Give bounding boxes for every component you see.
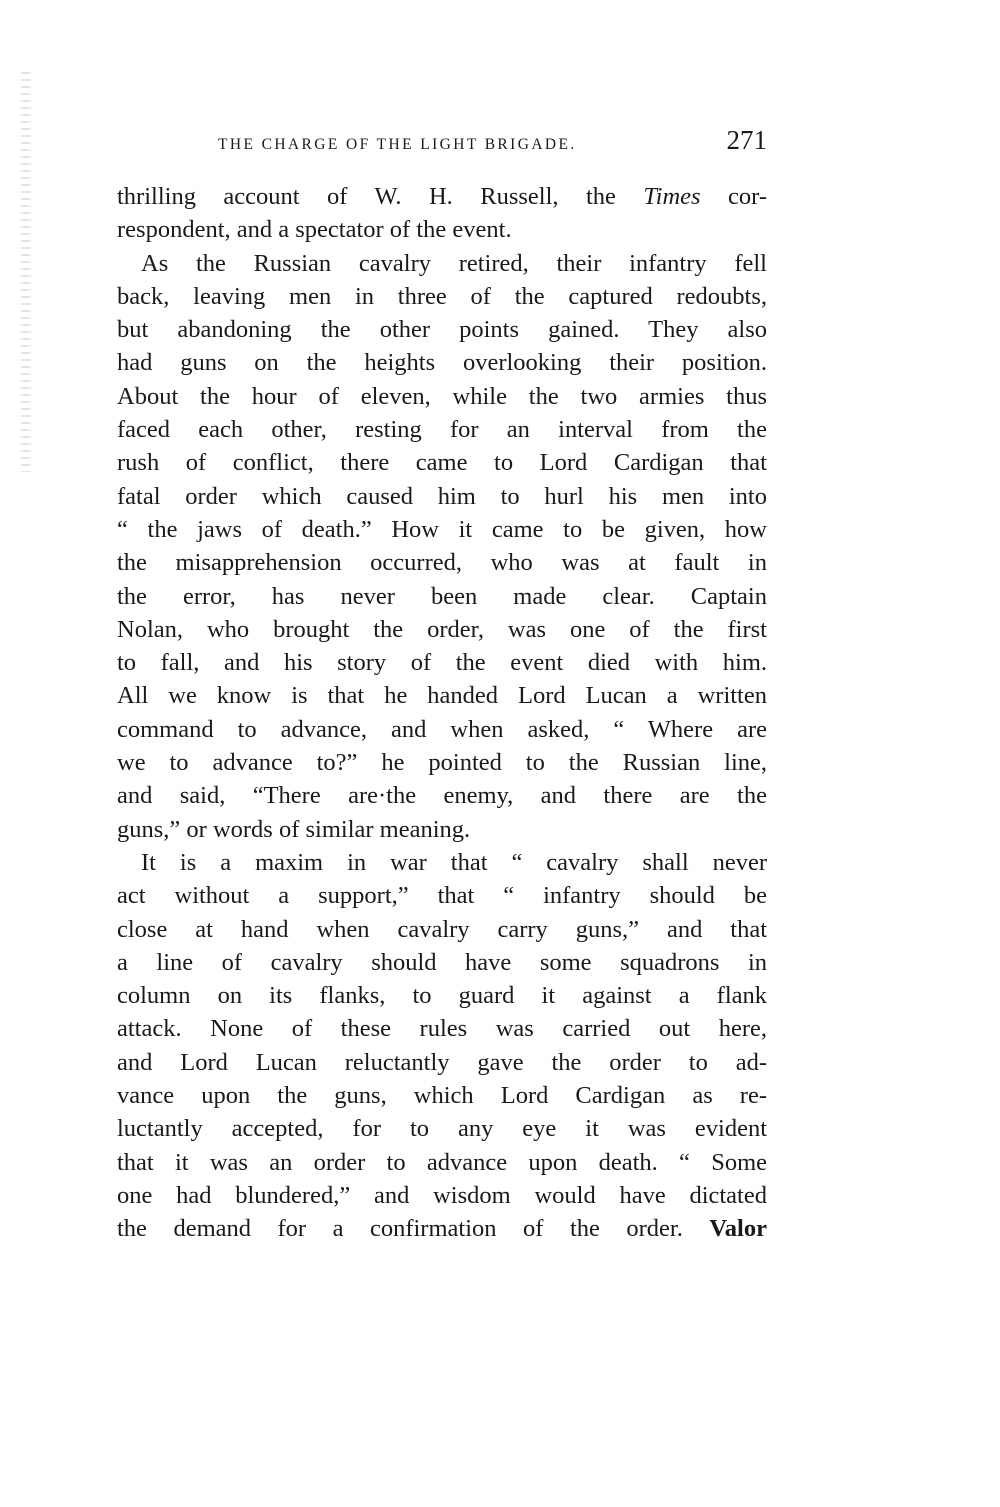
text-segment: we to advance to?” he pointed to the Rus… — [117, 749, 767, 776]
text-line: “ the jaws of death.” How it came to be … — [117, 513, 767, 546]
italic-text: Times — [643, 183, 700, 210]
text-line: back, leaving men in three of the captur… — [117, 280, 767, 313]
text-segment: Nolan, who brought the order, was one of… — [117, 616, 767, 643]
text-segment: attack. None of these rules was carried … — [117, 1015, 767, 1042]
text-segment: close at hand when cavalry carry guns,” … — [117, 916, 767, 943]
text-line: the demand for a confirmation of the ord… — [117, 1212, 767, 1245]
bold-text: Valor — [709, 1215, 767, 1242]
text-line: attack. None of these rules was carried … — [117, 1012, 767, 1045]
text-line: Nolan, who brought the order, was one of… — [117, 613, 767, 646]
text-segment: a line of cavalry should have some squad… — [117, 949, 767, 976]
paragraph: As the Russian cavalry retired, their in… — [117, 247, 767, 846]
text-line: guns,” or words of similar meaning. — [117, 813, 767, 846]
text-segment: and Lord Lucan reluctantly gave the orde… — [117, 1049, 767, 1076]
text-line: rush of conflict, there came to Lord Car… — [117, 446, 767, 479]
text-segment: About the hour of eleven, while the two … — [117, 383, 767, 410]
text-segment: rush of conflict, there came to Lord Car… — [117, 449, 767, 476]
text-segment: As the Russian cavalry retired, their in… — [141, 250, 767, 277]
text-segment: respondent, and a spectator of the event… — [117, 216, 512, 243]
text-segment: that it was an order to advance upon dea… — [117, 1149, 767, 1176]
text-line: the error, has never been made clear. Ca… — [117, 580, 767, 613]
text-segment: had guns on the heights overlooking thei… — [117, 349, 767, 376]
text-line: we to advance to?” he pointed to the Rus… — [117, 746, 767, 779]
text-line: a line of cavalry should have some squad… — [117, 946, 767, 979]
text-line: and Lord Lucan reluctantly gave the orde… — [117, 1046, 767, 1079]
text-line: that it was an order to advance upon dea… — [117, 1146, 767, 1179]
text-segment: It is a maxim in war that “ cavalry shal… — [141, 849, 767, 876]
text-segment: one had blundered,” and wisdom would hav… — [117, 1182, 767, 1209]
paragraph: thrilling account of W. H. Russell, the … — [117, 180, 767, 247]
text-segment: luctantly accepted, for to any eye it wa… — [117, 1115, 767, 1142]
running-head-title: THE CHARGE OF THE LIGHT BRIGADE. — [218, 136, 577, 154]
text-segment: the error, has never been made clear. Ca… — [117, 583, 767, 610]
text-segment: cor- — [701, 183, 767, 210]
text-line: respondent, and a spectator of the event… — [117, 213, 767, 246]
text-line: and said, “There are·the enemy, and ther… — [117, 779, 767, 812]
running-head: THE CHARGE OF THE LIGHT BRIGADE. 271 — [117, 128, 767, 162]
text-segment: act without a support,” that “ infantry … — [117, 882, 767, 909]
text-line: act without a support,” that “ infantry … — [117, 879, 767, 912]
text-segment: the demand for a confirmation of the ord… — [117, 1215, 709, 1242]
text-line: faced each other, resting for an interva… — [117, 413, 767, 446]
text-segment: but abandoning the other points gained. … — [117, 316, 767, 343]
text-segment: vance upon the guns, which Lord Cardigan… — [117, 1082, 767, 1109]
text-segment: to fall, and his story of the event died… — [117, 649, 767, 676]
text-line: to fall, and his story of the event died… — [117, 646, 767, 679]
page-number: 271 — [727, 125, 768, 156]
text-segment: All we know is that he handed Lord Lucan… — [117, 682, 767, 709]
text-line: All we know is that he handed Lord Lucan… — [117, 679, 767, 712]
body-text: thrilling account of W. H. Russell, the … — [117, 180, 767, 1246]
text-segment: thrilling account of W. H. Russell, the — [117, 183, 643, 210]
text-segment: guns,” or words of similar meaning. — [117, 816, 470, 843]
scan-binding-edge — [19, 72, 33, 472]
text-line: About the hour of eleven, while the two … — [117, 380, 767, 413]
text-line: column on its flanks, to guard it agains… — [117, 979, 767, 1012]
text-line: command to advance, and when asked, “ Wh… — [117, 713, 767, 746]
text-segment: the misapprehension occurred, who was at… — [117, 549, 767, 576]
text-segment: column on its flanks, to guard it agains… — [117, 982, 767, 1009]
text-line: thrilling account of W. H. Russell, the … — [117, 180, 767, 213]
text-line: As the Russian cavalry retired, their in… — [117, 247, 767, 280]
text-segment: command to advance, and when asked, “ Wh… — [117, 716, 767, 743]
text-segment: faced each other, resting for an interva… — [117, 416, 767, 443]
text-line: fatal order which caused him to hurl his… — [117, 480, 767, 513]
text-line: It is a maxim in war that “ cavalry shal… — [117, 846, 767, 879]
text-segment: back, leaving men in three of the captur… — [117, 283, 767, 310]
text-line: one had blundered,” and wisdom would hav… — [117, 1179, 767, 1212]
text-segment: “ the jaws of death.” How it came to be … — [117, 516, 767, 543]
text-line: but abandoning the other points gained. … — [117, 313, 767, 346]
text-line: vance upon the guns, which Lord Cardigan… — [117, 1079, 767, 1112]
text-segment: and said, “There are·the enemy, and ther… — [117, 782, 767, 809]
text-line: close at hand when cavalry carry guns,” … — [117, 913, 767, 946]
text-segment: fatal order which caused him to hurl his… — [117, 483, 767, 510]
text-line: luctantly accepted, for to any eye it wa… — [117, 1112, 767, 1145]
paragraph: It is a maxim in war that “ cavalry shal… — [117, 846, 767, 1246]
text-line: the misapprehension occurred, who was at… — [117, 546, 767, 579]
text-line: had guns on the heights overlooking thei… — [117, 346, 767, 379]
